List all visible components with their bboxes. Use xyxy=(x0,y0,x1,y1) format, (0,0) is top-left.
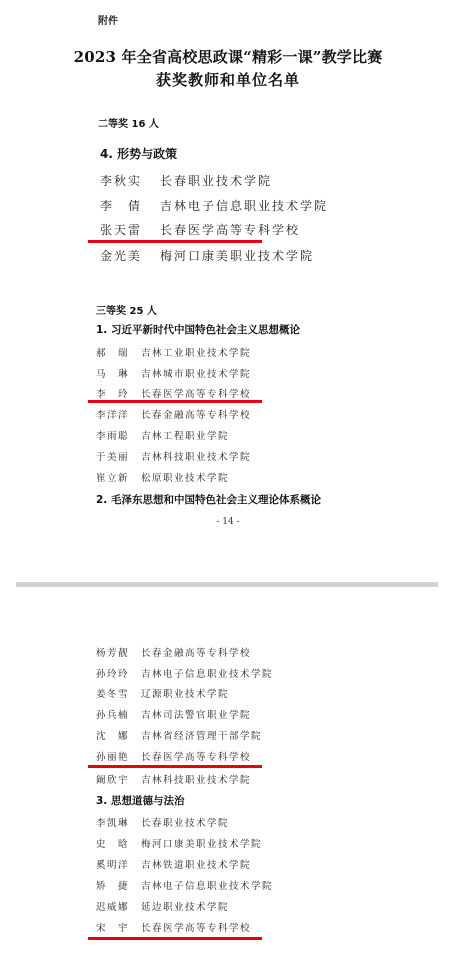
list-item: 沈 娜吉林省经济管理干部学院 xyxy=(96,728,262,742)
category-heading: 1. 习近平新时代中国特色社会主义思想概论 xyxy=(96,322,300,337)
red-underline xyxy=(88,400,262,403)
second-prize-heading: 二等奖 16 人 xyxy=(98,115,159,130)
teacher-name: 姜冬雪 xyxy=(96,686,141,700)
unit-name: 吉林工业职业技术学院 xyxy=(141,348,251,359)
unit-name: 长春金融高等专科学校 xyxy=(141,648,251,659)
teacher-name: 沈 娜 xyxy=(96,728,141,742)
list-item: 于美丽吉林科技职业技术学院 xyxy=(96,449,251,463)
teacher-name: 崔立新 xyxy=(96,470,141,484)
category-heading: 2. 毛泽东思想和中国特色社会主义理论体系概论 xyxy=(96,492,321,507)
teacher-name: 阚欣宇 xyxy=(96,772,141,786)
list-item: 李 倩吉林电子信息职业技术学院 xyxy=(100,197,328,214)
list-item: 姜冬雪辽源职业技术学院 xyxy=(96,686,229,700)
document-title-line1: 2023 年全省高校思政课“精彩一课”教学比赛 xyxy=(0,46,456,67)
teacher-name: 矫 捷 xyxy=(96,878,141,892)
unit-name: 梅河口康美职业技术学院 xyxy=(160,249,314,263)
teacher-name: 张天雷 xyxy=(100,221,160,238)
unit-name: 长春医学高等专科学校 xyxy=(141,389,251,400)
category-heading: 3. 思想道德与法治 xyxy=(96,793,184,808)
list-item: 金光美梅河口康美职业技术学院 xyxy=(100,247,314,264)
list-item: 李雨聪吉林工程职业学院 xyxy=(96,428,229,442)
page-separator xyxy=(16,582,438,587)
list-item-highlighted: 孙丽艳长春医学高等专科学校 xyxy=(96,749,251,763)
teacher-name: 孙玲玲 xyxy=(96,666,141,680)
list-item: 杨芳靓长春金融高等专科学校 xyxy=(96,645,251,659)
page-number: - 14 - xyxy=(0,517,456,527)
unit-name: 长春金融高等专科学校 xyxy=(141,410,251,421)
teacher-name: 杨芳靓 xyxy=(96,645,141,659)
document-title-line2: 获奖教师和单位名单 xyxy=(0,69,456,90)
list-item: 孙兵楠吉林司法警官职业学院 xyxy=(96,707,251,721)
list-item: 李秋实长春职业技术学院 xyxy=(100,172,272,189)
list-item: 李洋洋长春金融高等专科学校 xyxy=(96,407,251,421)
red-underline xyxy=(88,240,262,243)
unit-name: 长春医学高等专科学校 xyxy=(141,923,251,934)
third-prize-heading: 三等奖 25 人 xyxy=(96,302,157,317)
list-item-highlighted: 宋 宇长春医学高等专科学校 xyxy=(96,920,251,934)
unit-name: 吉林省经济管理干部学院 xyxy=(141,731,262,742)
red-underline xyxy=(88,765,262,768)
list-item: 矫 捷吉林电子信息职业技术学院 xyxy=(96,878,273,892)
teacher-name: 宋 宇 xyxy=(96,920,141,934)
unit-name: 吉林电子信息职业技术学院 xyxy=(141,881,273,892)
unit-name: 松原职业技术学院 xyxy=(141,473,229,484)
teacher-name: 李 倩 xyxy=(100,197,160,214)
unit-name: 吉林工程职业学院 xyxy=(141,431,229,442)
teacher-name: 李凯琳 xyxy=(96,815,141,829)
teacher-name: 奚明洋 xyxy=(96,857,141,871)
unit-name: 吉林电子信息职业技术学院 xyxy=(160,199,328,213)
list-item: 崔立新松原职业技术学院 xyxy=(96,470,229,484)
teacher-name: 孙兵楠 xyxy=(96,707,141,721)
list-item: 郝 瑞吉林工业职业技术学院 xyxy=(96,345,251,359)
unit-name: 吉林司法警官职业学院 xyxy=(141,710,251,721)
list-item: 史 晗梅河口康美职业技术学院 xyxy=(96,836,262,850)
list-item: 马 琳吉林城市职业技术学院 xyxy=(96,366,251,380)
teacher-name: 李雨聪 xyxy=(96,428,141,442)
red-underline xyxy=(88,937,262,940)
teacher-name: 于美丽 xyxy=(96,449,141,463)
unit-name: 吉林城市职业技术学院 xyxy=(141,369,251,380)
teacher-name: 金光美 xyxy=(100,247,160,264)
teacher-name: 李 玲 xyxy=(96,386,141,400)
teacher-name: 李秋实 xyxy=(100,172,160,189)
unit-name: 梅河口康美职业技术学院 xyxy=(141,839,262,850)
unit-name: 吉林科技职业技术学院 xyxy=(141,775,251,786)
list-item-highlighted: 李 玲长春医学高等专科学校 xyxy=(96,386,251,400)
unit-name: 长春职业技术学院 xyxy=(141,818,229,829)
list-item: 奚明洋吉林铁道职业技术学院 xyxy=(96,857,251,871)
teacher-name: 史 晗 xyxy=(96,836,141,850)
teacher-name: 郝 瑞 xyxy=(96,345,141,359)
unit-name: 长春职业技术学院 xyxy=(160,174,272,188)
teacher-name: 李洋洋 xyxy=(96,407,141,421)
list-item: 阚欣宇吉林科技职业技术学院 xyxy=(96,772,251,786)
unit-name: 吉林电子信息职业技术学院 xyxy=(141,669,273,680)
teacher-name: 孙丽艳 xyxy=(96,749,141,763)
list-item: 李凯琳长春职业技术学院 xyxy=(96,815,229,829)
teacher-name: 迟威娜 xyxy=(96,899,141,913)
list-item: 孙玲玲吉林电子信息职业技术学院 xyxy=(96,666,273,680)
unit-name: 延边职业技术学院 xyxy=(141,902,229,913)
unit-name: 长春医学高等专科学校 xyxy=(141,752,251,763)
category-heading: 4. 形势与政策 xyxy=(100,145,177,162)
unit-name: 辽源职业技术学院 xyxy=(141,689,229,700)
attachment-label: 附件 xyxy=(98,12,118,27)
unit-name: 吉林铁道职业技术学院 xyxy=(141,860,251,871)
list-item-highlighted: 张天雷长春医学高等专科学校 xyxy=(100,221,300,238)
list-item: 迟威娜延边职业技术学院 xyxy=(96,899,229,913)
unit-name: 吉林科技职业技术学院 xyxy=(141,452,251,463)
teacher-name: 马 琳 xyxy=(96,366,141,380)
unit-name: 长春医学高等专科学校 xyxy=(160,223,300,237)
